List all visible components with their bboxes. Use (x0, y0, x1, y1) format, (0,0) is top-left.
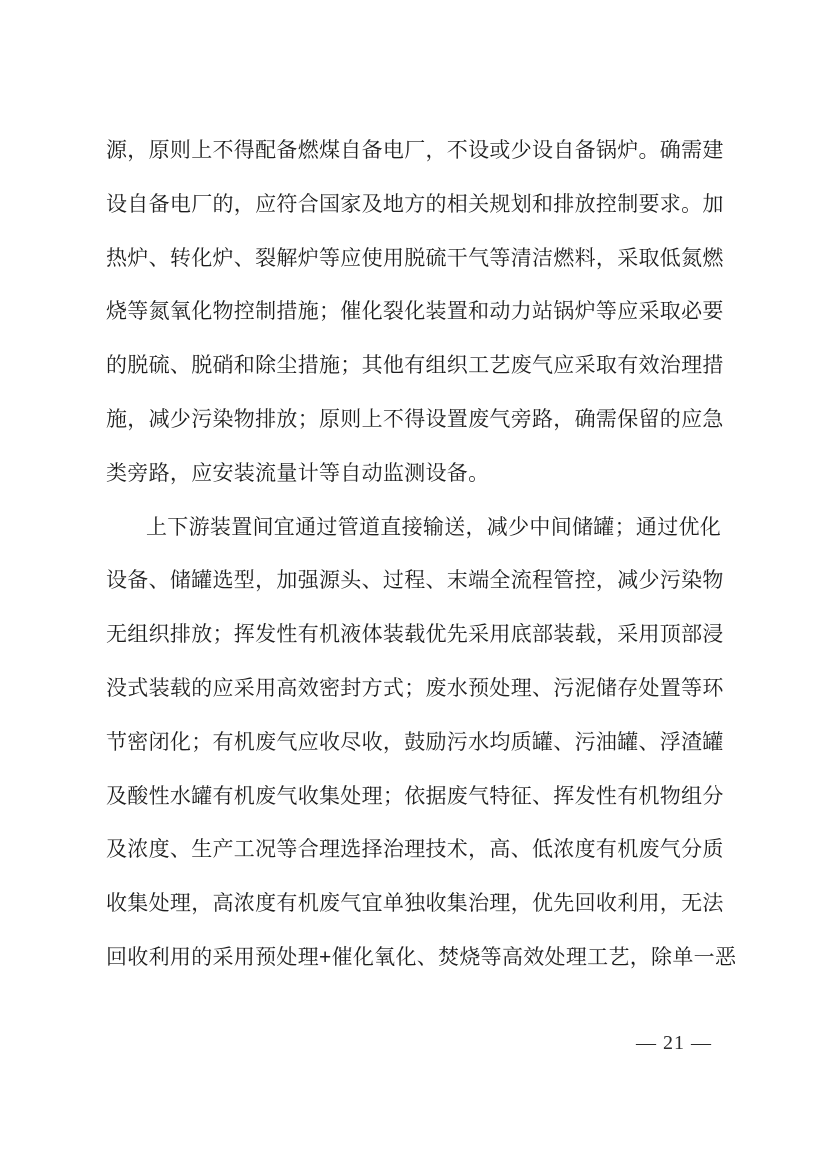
text-line: 源，原则上不得配备燃煤自备电厂，不设或少设自备锅炉。确需建 (106, 124, 718, 178)
text-line: 的脱硫、脱硝和除尘措施；其他有组织工艺废气应采取有效治理措 (106, 339, 718, 393)
text-line: 设备、储罐选型，加强源头、过程、末端全流程管控，减少污染物 (106, 554, 718, 608)
document-page: 源，原则上不得配备燃煤自备电厂，不设或少设自备锅炉。确需建 设自备电厂的，应符合… (0, 0, 826, 1169)
page-number: — 21 — (636, 1032, 712, 1054)
text-line: 热炉、转化炉、裂解炉等应使用脱硫干气等清洁燃料，采取低氮燃 (106, 232, 718, 286)
text-line: 节密闭化；有机废气应收尽收，鼓励污水均质罐、污油罐、浮渣罐 (106, 716, 718, 770)
text-line-paragraph-start: 上下游装置间宜通过管道直接输送，减少中间储罐；通过优化 (106, 501, 718, 555)
text-line: 及浓度、生产工况等合理选择治理技术，高、低浓度有机废气分质 (106, 823, 718, 877)
text-line: 施，减少污染物排放；原则上不得设置废气旁路，确需保留的应急 (106, 393, 718, 447)
text-line: 收集处理，高浓度有机废气宜单独收集治理，优先回收利用，无法 (106, 877, 718, 931)
text-line: 没式装载的应采用高效密封方式；废水预处理、污泥储存处置等环 (106, 662, 718, 716)
text-line-paragraph-end: 类旁路，应安装流量计等自动监测设备。 (106, 447, 718, 501)
text-line: 及酸性水罐有机废气收集处理；依据废气特征、挥发性有机物组分 (106, 770, 718, 824)
text-line: 回收利用的采用预处理+催化氧化、焚烧等高效处理工艺，除单一恶 (106, 931, 718, 985)
text-line: 设自备电厂的，应符合国家及地方的相关规划和排放控制要求。加 (106, 178, 718, 232)
body-text-block: 源，原则上不得配备燃煤自备电厂，不设或少设自备锅炉。确需建 设自备电厂的，应符合… (106, 124, 718, 985)
text-line: 无组织排放；挥发性有机液体装载优先采用底部装载，采用顶部浸 (106, 608, 718, 662)
text-line: 烧等氮氧化物控制措施；催化裂化装置和动力站锅炉等应采取必要 (106, 285, 718, 339)
